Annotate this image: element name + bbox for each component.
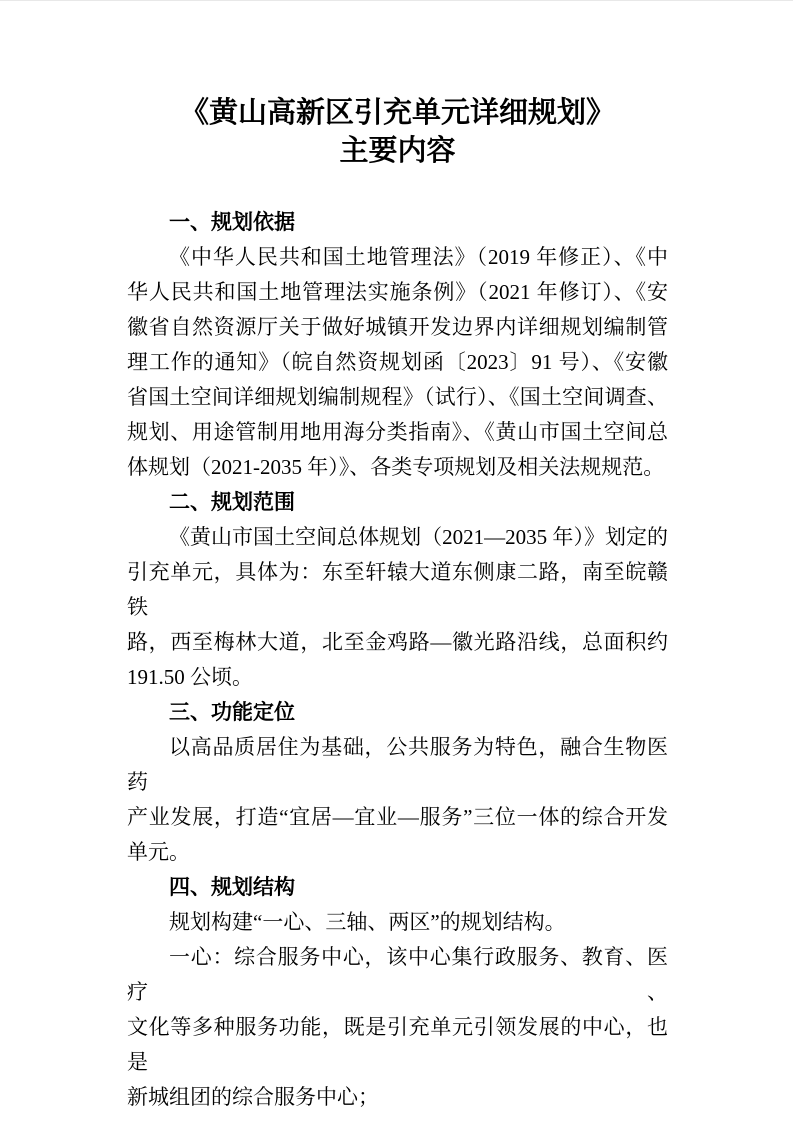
text-line: 省国土空间详细规划编制规程》（试行）、《国土空间调查、: [127, 380, 668, 415]
document-title-line2: 主要内容: [127, 132, 668, 170]
document-page: 《黄山高新区引充单元详细规划》 主要内容 一、规划依据《中华人民共和国土地管理法…: [0, 0, 793, 1122]
section-heading: 一、规划依据: [127, 205, 668, 240]
text-line: 《黄山市国土空间总体规划（2021—2035 年）》划定的: [127, 520, 668, 555]
text-line: 文化等多种服务功能，既是引充单元引领发展的中心，也是: [127, 1010, 668, 1080]
text-line: 新城组团的综合服务中心；: [127, 1080, 668, 1115]
document-content: 《黄山高新区引充单元详细规划》 主要内容 一、规划依据《中华人民共和国土地管理法…: [127, 94, 668, 1115]
text-line: 单元。: [127, 835, 668, 870]
paragraph: 《黄山市国土空间总体规划（2021—2035 年）》划定的引充单元，具体为：东至…: [127, 520, 668, 695]
paragraph: 规划构建“一心、三轴、两区”的规划结构。: [127, 905, 668, 940]
text-line: 体规划（2021-2035 年）》、各类专项规划及相关法规规范。: [127, 450, 668, 485]
section-heading: 二、规划范围: [127, 485, 668, 520]
section-heading: 三、功能定位: [127, 695, 668, 730]
document-body: 一、规划依据《中华人民共和国土地管理法》（2019 年修正）、《中华人民共和国土…: [127, 205, 668, 1115]
paragraph: 一心：综合服务中心，该中心集行政服务、教育、医疗、文化等多种服务功能，既是引充单…: [127, 940, 668, 1115]
text-line: 徽省自然资源厅关于做好城镇开发边界内详细规划编制管: [127, 310, 668, 345]
text-line: 规划构建“一心、三轴、两区”的规划结构。: [127, 905, 668, 940]
text-line: 理工作的通知》（皖自然资规划函〔2023〕91 号）、《安徽: [127, 345, 668, 380]
text-line: 产业发展，打造“宜居—宜业—服务”三位一体的综合开发: [127, 800, 668, 835]
text-line: 华人民共和国土地管理法实施条例》（2021 年修订）、《安: [127, 275, 668, 310]
text-line: 191.50 公顷。: [127, 660, 668, 695]
text-line: 《中华人民共和国土地管理法》（2019 年修正）、《中: [127, 240, 668, 275]
text-line: 引充单元，具体为：东至轩辕大道东侧康二路，南至皖赣铁: [127, 555, 668, 625]
document-title-line1: 《黄山高新区引充单元详细规划》: [127, 94, 668, 132]
section-heading: 四、规划结构: [127, 870, 668, 905]
paragraph: 以高品质居住为基础，公共服务为特色，融合生物医药产业发展，打造“宜居—宜业—服务…: [127, 730, 668, 870]
text-line: 一心：综合服务中心，该中心集行政服务、教育、医疗、: [127, 940, 668, 1010]
document-title: 《黄山高新区引充单元详细规划》 主要内容: [127, 94, 668, 170]
text-line: 以高品质居住为基础，公共服务为特色，融合生物医药: [127, 730, 668, 800]
text-line: 规划、用途管制用地用海分类指南》、《黄山市国土空间总: [127, 415, 668, 450]
text-line: 路，西至梅林大道，北至金鸡路—徽光路沿线，总面积约: [127, 625, 668, 660]
paragraph: 《中华人民共和国土地管理法》（2019 年修正）、《中华人民共和国土地管理法实施…: [127, 240, 668, 485]
